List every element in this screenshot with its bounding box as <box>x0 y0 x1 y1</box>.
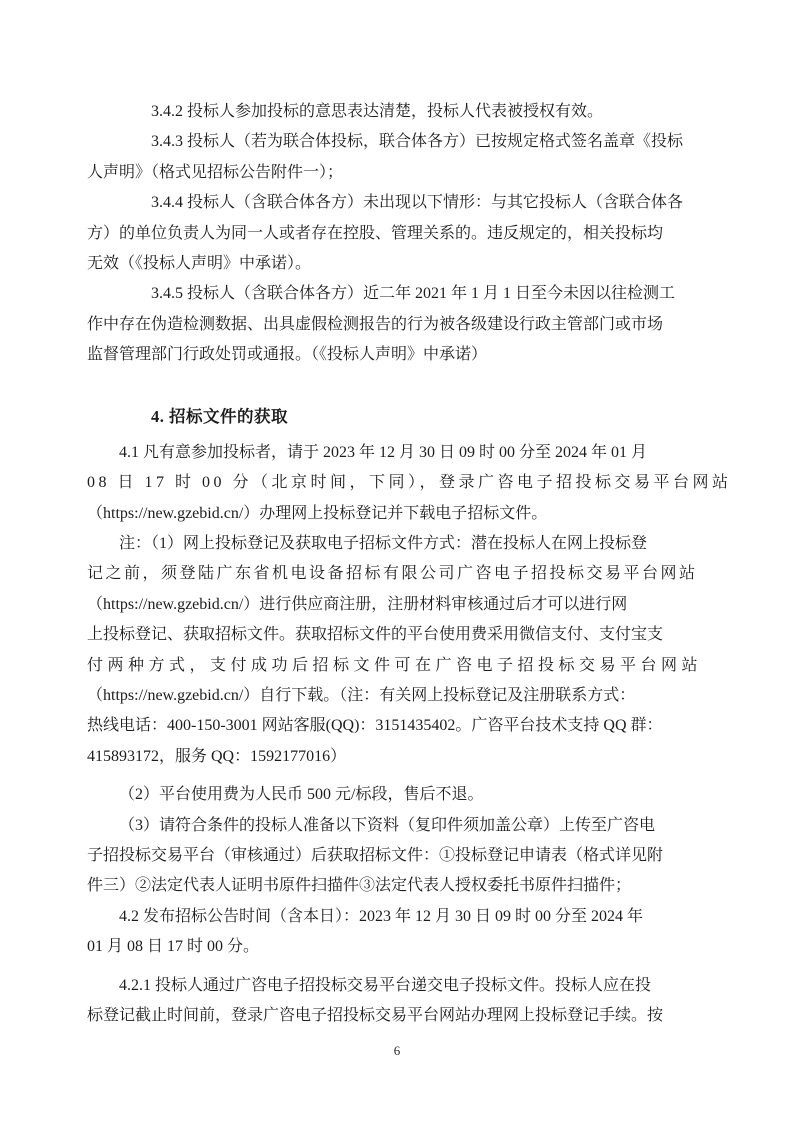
text-line: （3）请符合条件的投标人准备以下资料（复印件须加盖公章）上传至广咨电 <box>87 811 711 841</box>
text-line: 4.2 发布招标公告时间（含本日）：2023 年 12 月 30 日 09 时 … <box>87 902 711 932</box>
text-line: 人声明》（格式见招标公告附件一）； <box>87 158 711 188</box>
text-line: 标登记截止时间前，登录广咨电子招投标交易平台网站办理网上投标登记手续。按 <box>87 1001 711 1031</box>
text-line: 方）的单位负责人为同一人或者存在控股、管理关系的。违反规定的，相关投标均 <box>87 219 711 249</box>
page-number: 6 <box>0 1042 794 1060</box>
text-line: 作中存在伪造检测数据、出具虚假检测报告的行为被各级建设行政主管部门或市场 <box>87 310 711 340</box>
text-line: （2）平台使用费为人民币 500 元/标段，售后不退。 <box>87 780 711 810</box>
text-line: （https://new.gzebid.cn/）办理网上投标登记并下载电子招标文… <box>87 499 711 529</box>
text-line: 3.4.4 投标人（含联合体各方）未出现以下情形：与其它投标人（含联合体各 <box>87 188 711 218</box>
text-line: 件三）②法定代表人证明书原件扫描件③法定代表人授权委托书原件扫描件； <box>87 871 711 901</box>
text-line: 08 日 17 时 00 分（北京时间，下同），登录广咨电子招投标交易平台网站 <box>87 468 711 498</box>
text-line: 无效（《投标人声明》中承诺）。 <box>87 249 711 279</box>
text-line: 记之前，须登陆广东省机电设备招标有限公司广咨电子招投标交易平台网站 <box>87 559 711 589</box>
document-body: 3.4.2 投标人参加投标的意思表达清楚，投标人代表被授权有效。3.4.3 投标… <box>87 97 711 1031</box>
section-heading: 4. 招标文件的获取 <box>87 402 711 432</box>
text-line: 415893172，服务 QQ：1592177016） <box>87 742 711 772</box>
text-line: 注：（1）网上投标登记及获取电子招标文件方式：潜在投标人在网上投标登 <box>87 529 711 559</box>
text-line: 热线电话：400-150-3001 网站客服(QQ)：3151435402。广咨… <box>87 711 711 741</box>
text-line: 01 月 08 日 17 时 00 分。 <box>87 932 711 962</box>
text-line: 3.4.5 投标人（含联合体各方）近二年 2021 年 1 月 1 日至今未因以… <box>87 279 711 309</box>
text-line: 子招投标交易平台（审核通过）后获取招标文件：①投标登记申请表（格式详见附 <box>87 841 711 871</box>
text-line: （https://new.gzebid.cn/）自行下载。（注：有关网上投标登记… <box>87 681 711 711</box>
text-line: 3.4.2 投标人参加投标的意思表达清楚，投标人代表被授权有效。 <box>87 97 711 127</box>
text-line: 付两种方式，支付成功后招标文件可在广咨电子招投标交易平台网站 <box>87 651 711 681</box>
document-page: 3.4.2 投标人参加投标的意思表达清楚，投标人代表被授权有效。3.4.3 投标… <box>0 0 794 1123</box>
text-line: 4.2.1 投标人通过广咨电子招投标交易平台递交电子投标文件。投标人应在投 <box>87 971 711 1001</box>
text-line: 4.1 凡有意参加投标者，请于 2023 年 12 月 30 日 09 时 00… <box>87 438 711 468</box>
text-line: （https://new.gzebid.cn/）进行供应商注册，注册材料审核通过… <box>87 590 711 620</box>
text-line: 上投标登记、获取招标文件。获取招标文件的平台使用费采用微信支付、支付宝支 <box>87 620 711 650</box>
text-line: 监督管理部门行政处罚或通报。（《投标人声明》中承诺） <box>87 340 711 370</box>
text-line: 3.4.3 投标人（若为联合体投标，联合体各方）已按规定格式签名盖章《投标 <box>87 127 711 157</box>
